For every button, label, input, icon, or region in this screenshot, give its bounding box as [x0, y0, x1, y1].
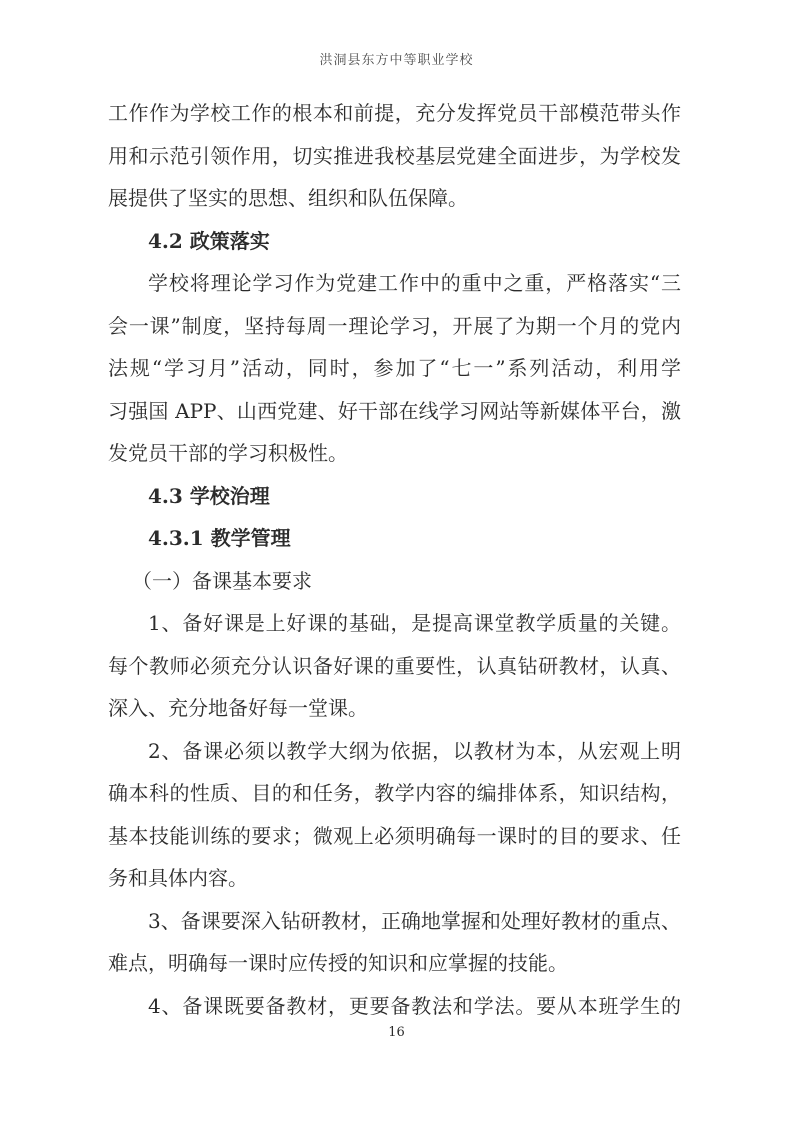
- text-line: 会一课”制度，坚持每周一理论学习，开展了为期一个月的党内: [108, 305, 681, 348]
- text-line: 4、备课既要备教材，更要备教法和学法。要从本班学生的: [108, 985, 681, 1028]
- document-body: 工作作为学校工作的根本和前提，充分发挥党员干部模范带头作用和示范引领作用，切实推…: [108, 92, 681, 1027]
- document-header-school-name: 洪洞县东方中等职业学校: [0, 52, 793, 70]
- text-line: 难点，明确每一课时应传授的知识和应掌握的技能。: [108, 942, 681, 985]
- text-line: 2、备课必须以教学大纲为依据，以教材为本，从宏观上明: [108, 730, 681, 773]
- section-heading: 4.2 政策落实: [108, 220, 681, 263]
- text-line: 法规“学习月”活动，同时，参加了“七一”系列活动，利用学: [108, 347, 681, 390]
- text-line: 务和具体内容。: [108, 857, 681, 900]
- section-heading: 4.3.1 教学管理: [108, 517, 681, 560]
- text-line: 学校将理论学习作为党建工作中的重中之重，严格落实“三: [108, 262, 681, 305]
- text-line: （一）备课基本要求: [108, 560, 681, 603]
- text-line: 发党员干部的学习积极性。: [108, 432, 681, 475]
- text-line: 每个教师必须充分认识备好课的重要性，认真钻研教材，认真、: [108, 645, 681, 688]
- document-page: 洪洞县东方中等职业学校 工作作为学校工作的根本和前提，充分发挥党员干部模范带头作…: [0, 0, 793, 1122]
- text-line: 确本科的性质、目的和任务，教学内容的编排体系，知识结构，: [108, 772, 681, 815]
- text-line: 习强国 APP、山西党建、好干部在线学习网站等新媒体平台，激: [108, 390, 681, 433]
- text-line: 工作作为学校工作的根本和前提，充分发挥党员干部模范带头作: [108, 92, 681, 135]
- text-line: 展提供了坚实的思想、组织和队伍保障。: [108, 177, 681, 220]
- text-line: 1、备好课是上好课的基础，是提高课堂教学质量的关键。: [108, 602, 681, 645]
- text-line: 深入、充分地备好每一堂课。: [108, 687, 681, 730]
- text-line: 3、备课要深入钻研教材，正确地掌握和处理好教材的重点、: [108, 900, 681, 943]
- section-heading: 4.3 学校治理: [108, 475, 681, 518]
- page-number: 16: [0, 1024, 793, 1042]
- text-line: 基本技能训练的要求；微观上必须明确每一课时的目的要求、任: [108, 815, 681, 858]
- text-line: 用和示范引领作用，切实推进我校基层党建全面进步，为学校发: [108, 135, 681, 178]
